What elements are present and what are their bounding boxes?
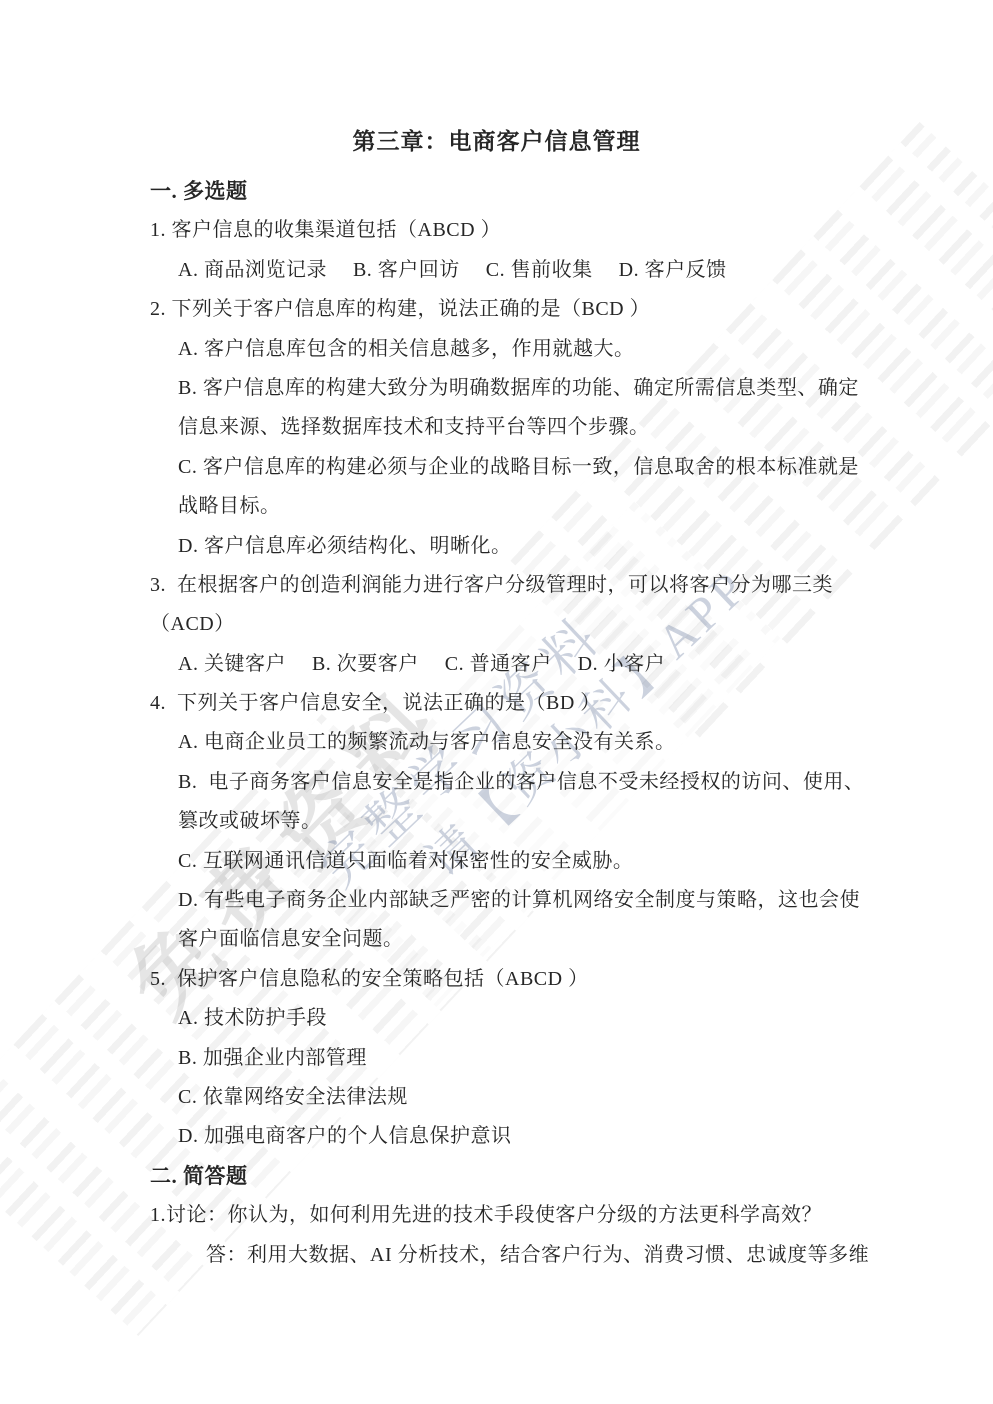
question-3: 3. 在根据客户的创造利润能力进行客户分级管理时，可以将客户分为哪三类 bbox=[150, 566, 873, 605]
question-3-options: A. 关键客户 B. 次要客户 C. 普通客户 D. 小客户 bbox=[150, 645, 873, 684]
question-4-option-d-cont: 客户面临信息安全问题。 bbox=[150, 920, 873, 959]
question-2: 2. 下列关于客户信息库的构建，说法正确的是（BCD ） bbox=[150, 290, 873, 329]
document-body: 一. 多选题 1. 客户信息的收集渠道包括（ABCD ） A. 商品浏览记录 B… bbox=[0, 172, 993, 1275]
question-1: 1. 客户信息的收集渠道包括（ABCD ） bbox=[150, 211, 873, 250]
question-2-option-c-cont: 战略目标。 bbox=[150, 487, 873, 526]
question-4-option-d: D. 有些电子商务企业内部缺乏严密的计算机网络安全制度与策略，这也会使 bbox=[150, 881, 873, 920]
short-answer-question-1: 1.讨论：你认为，如何利用先进的技术手段使客户分级的方法更科学高效？ bbox=[150, 1196, 873, 1235]
section-heading-multiple-choice: 一. 多选题 bbox=[150, 172, 873, 211]
question-4-option-b-cont: 篡改或破坏等。 bbox=[150, 802, 873, 841]
question-4: 4. 下列关于客户信息安全，说法正确的是（BD ） bbox=[150, 684, 873, 723]
page-title: 第三章：电商客户信息管理 bbox=[0, 0, 993, 155]
question-2-option-b-cont: 信息来源、选择数据库技术和支持平台等四个步骤。 bbox=[150, 408, 873, 447]
question-3-answer-key: （ACD） bbox=[150, 605, 873, 644]
question-5-option-c: C. 依靠网络安全法律法规 bbox=[150, 1078, 873, 1117]
question-1-options: A. 商品浏览记录 B. 客户回访 C. 售前收集 D. 客户反馈 bbox=[150, 251, 873, 290]
short-answer-question-1-answer: 答：利用大数据、AI 分析技术，结合客户行为、消费习惯、忠诚度等多维 bbox=[150, 1236, 873, 1275]
document-content: 第三章：电商客户信息管理 一. 多选题 1. 客户信息的收集渠道包括（ABCD … bbox=[0, 0, 993, 1275]
question-2-option-b: B. 客户信息库的构建大致分为明确数据库的功能、确定所需信息类型、确定 bbox=[150, 369, 873, 408]
document-page: 免费资料 完整学习资料 请【资小科】APP 第三章：电商客户信息管理 一. 多选… bbox=[0, 0, 993, 1404]
section-heading-short-answer: 二. 简答题 bbox=[150, 1157, 873, 1196]
question-2-option-d: D. 客户信息库必须结构化、明晰化。 bbox=[150, 527, 873, 566]
question-4-option-b: B. 电子商务客户信息安全是指企业的客户信息不受未经授权的访问、使用、 bbox=[150, 763, 873, 802]
question-2-option-c: C. 客户信息库的构建必须与企业的战略目标一致，信息取舍的根本标准就是 bbox=[150, 448, 873, 487]
question-4-option-a: A. 电商企业员工的频繁流动与客户信息安全没有关系。 bbox=[150, 723, 873, 762]
question-2-option-a: A. 客户信息库包含的相关信息越多，作用就越大。 bbox=[150, 330, 873, 369]
question-5-option-d: D. 加强电商客户的个人信息保护意识 bbox=[150, 1117, 873, 1156]
question-5: 5. 保护客户信息隐私的安全策略包括（ABCD ） bbox=[150, 960, 873, 999]
question-5-option-b: B. 加强企业内部管理 bbox=[150, 1039, 873, 1078]
question-5-option-a: A. 技术防护手段 bbox=[150, 999, 873, 1038]
question-4-option-c: C. 互联网通讯信道只面临着对保密性的安全威胁。 bbox=[150, 842, 873, 881]
